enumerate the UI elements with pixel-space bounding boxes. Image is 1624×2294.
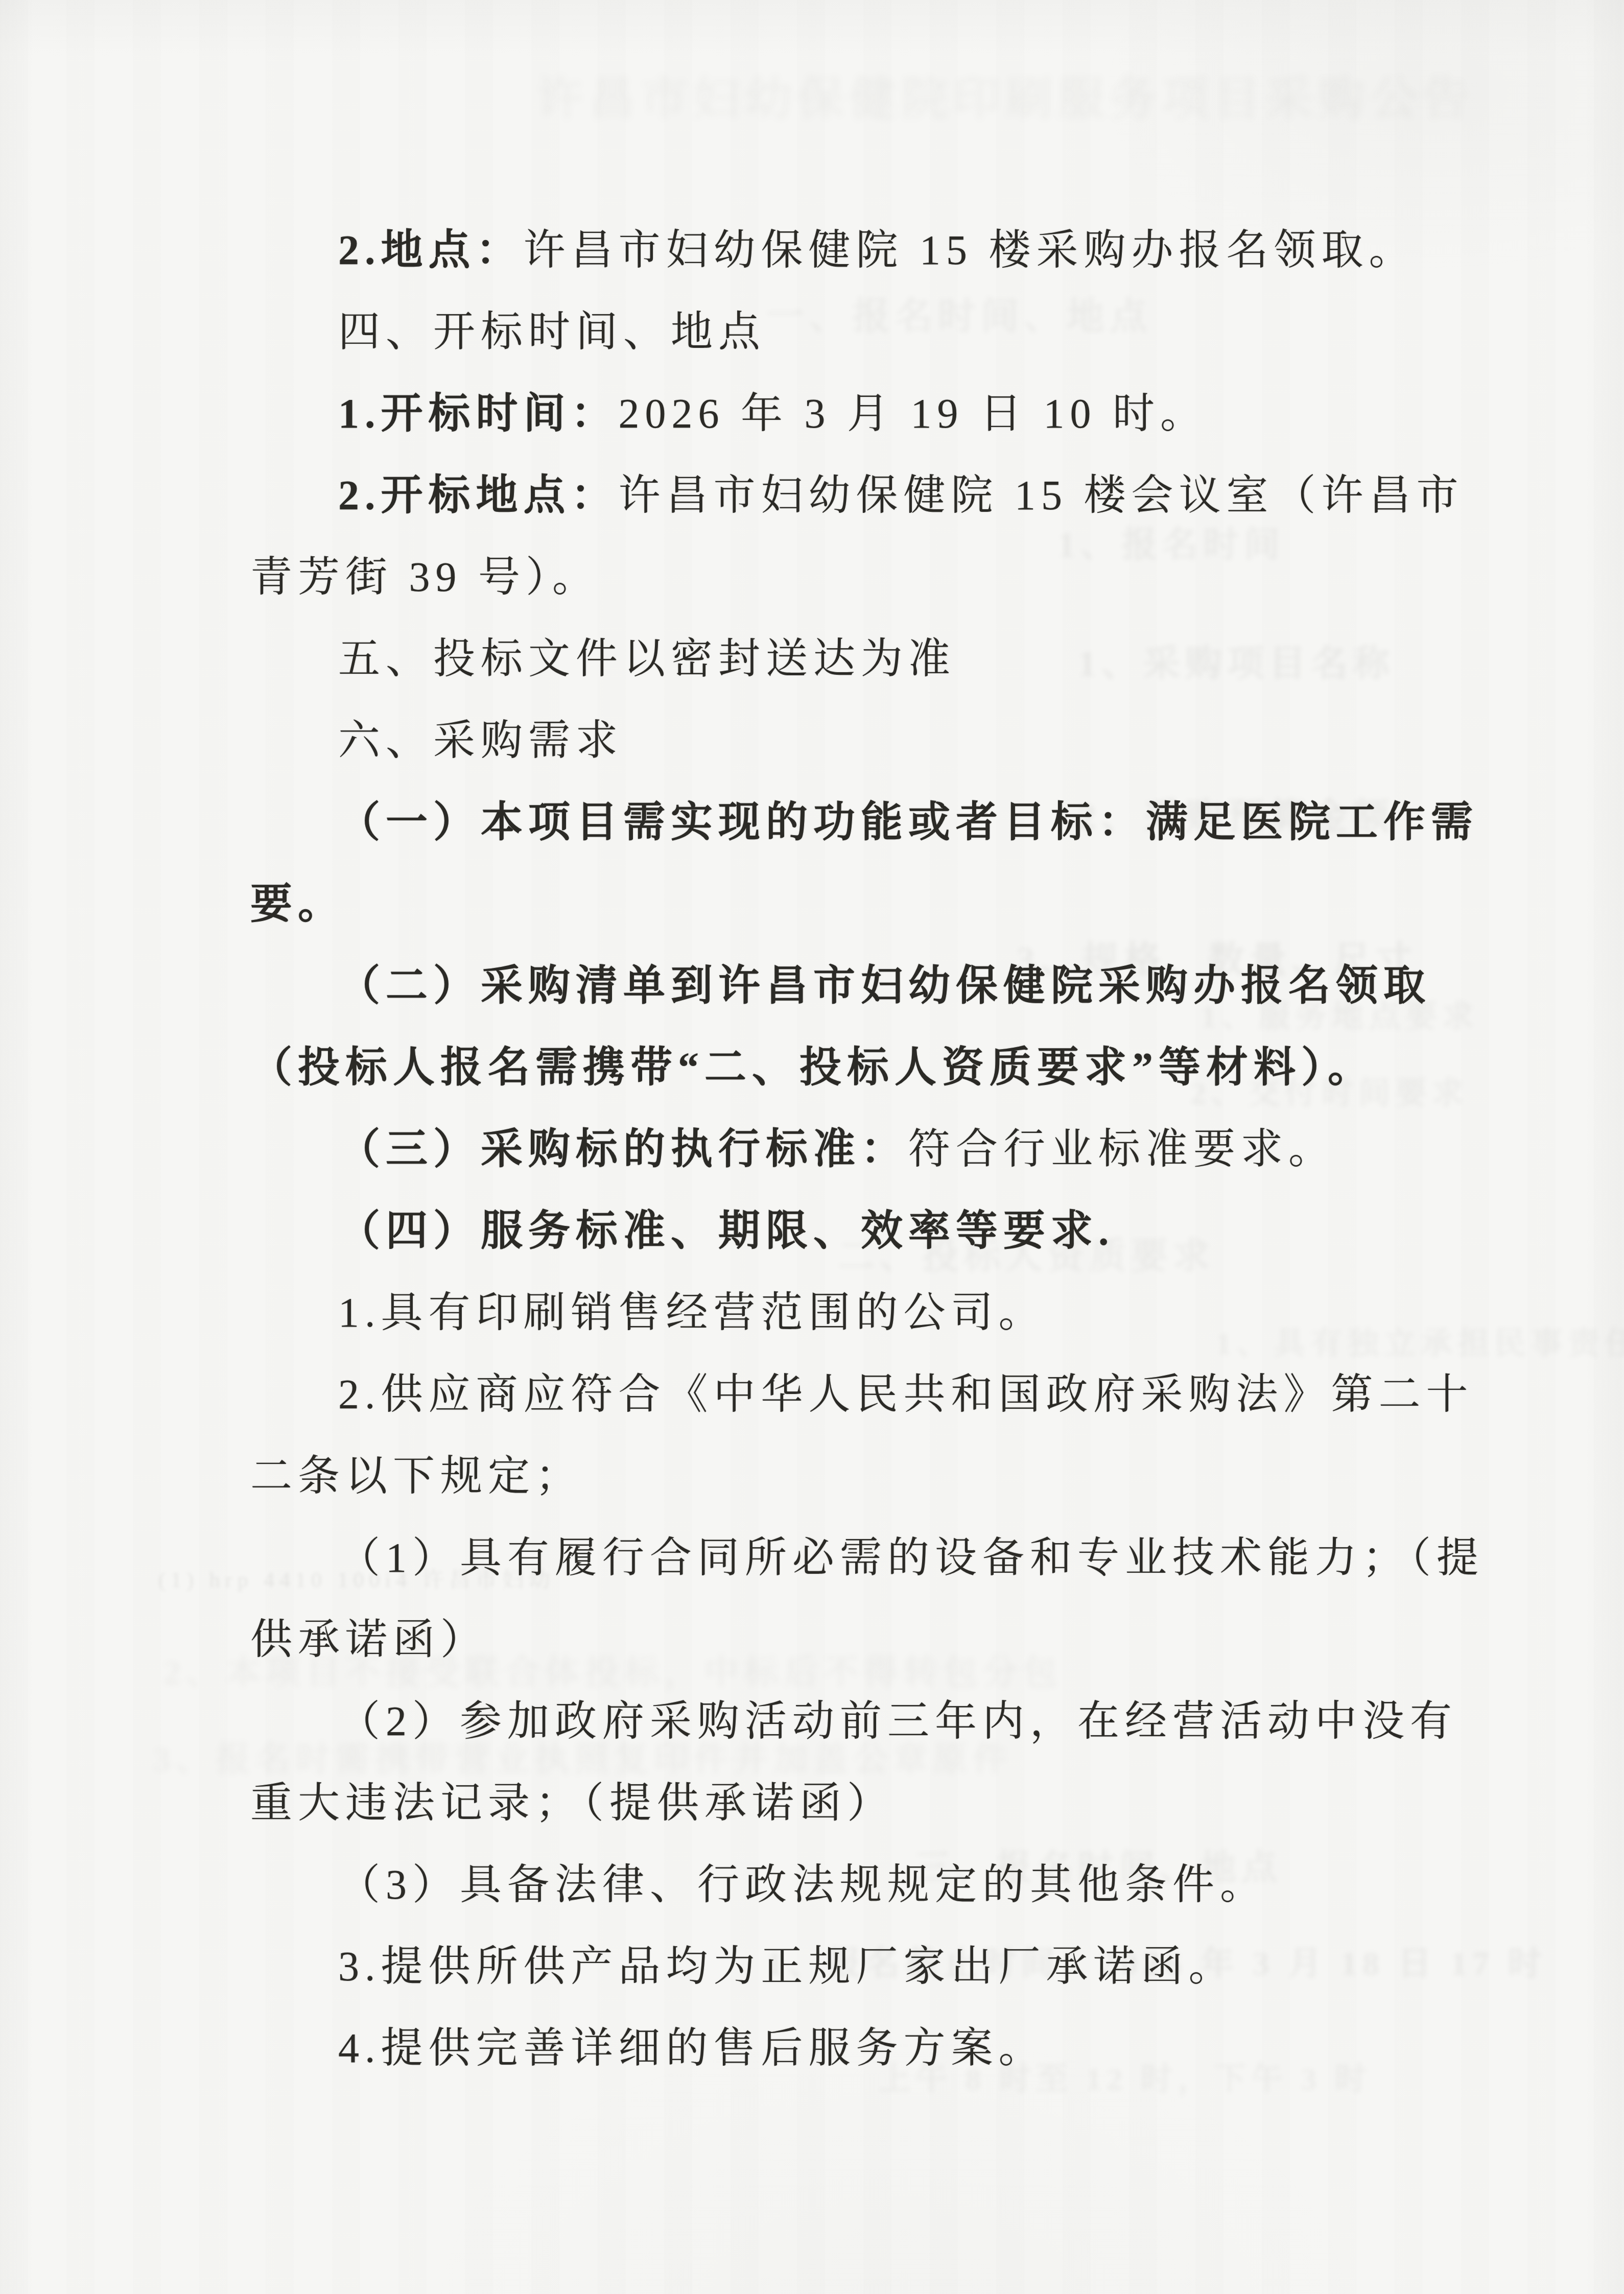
bleed-through-line: 许昌市妇幼保健院印刷服务项目采购公告 (536, 61, 1474, 129)
text-segment: 1.具有印刷销售经营范围的公司。 (338, 1289, 1046, 1336)
doc-line-location: 2.地点：许昌市妇幼保健院 15 楼采购办报名领取。 (250, 209, 1466, 291)
doc-line-bid-opening-time: 1.开标时间：2026 年 3 月 19 日 10 时。 (250, 373, 1466, 455)
doc-line-bid-opening-place: 2.开标地点：许昌市妇幼保健院 15 楼会议室（许昌市 (250, 455, 1466, 536)
doc-line-purchase-list: （二）采购清单到许昌市妇幼保健院采购办报名领取 (250, 945, 1466, 1027)
text-segment: 重大违法记录；（提供承诺函） (250, 1780, 895, 1826)
text-segment: 供承诺函） (250, 1616, 488, 1663)
doc-line-purchase-list-note: （投标人报名需携带“二、投标人资质要求”等材料）。 (250, 1027, 1466, 1108)
doc-line-sub-1: （1）具有履行合同所必需的设备和专业技术能力；（提 (250, 1517, 1466, 1599)
doc-line-service-requirement: （四）服务标准、期限、效率等要求. (250, 1190, 1466, 1272)
text-segment: 四、开标时间、地点 (338, 309, 766, 355)
text-segment: （一）本项目需实现的功能或者目标：满足医院工作需 (338, 799, 1478, 845)
text-segment: 许昌市妇幼保健院 15 楼采购办报名领取。 (524, 227, 1417, 273)
doc-heading-section-6: 六、采购需求 (250, 700, 1466, 782)
doc-line-item-2: 2.供应商应符合《中华人民共和国政府采购法》第二十 (250, 1354, 1466, 1435)
text-segment: （二）采购清单到许昌市妇幼保健院采购办报名领取 (338, 962, 1431, 1009)
doc-line-item-3: 3.提供所供产品均为正规厂家出厂承诺函。 (250, 1926, 1466, 2007)
doc-line-sub-2-continuation: 重大违法记录；（提供承诺函） (250, 1762, 1466, 1844)
text-segment: （3）具备法律、行政法规规定的其他条件。 (338, 1861, 1267, 1908)
doc-line-item-1: 1.具有印刷销售经营范围的公司。 (250, 1272, 1466, 1354)
doc-heading-section-5: 五、投标文件以密封送达为准 (250, 618, 1466, 700)
document-text-block: 2.地点：许昌市妇幼保健院 15 楼采购办报名领取。 四、开标时间、地点 1.开… (250, 209, 1466, 2089)
text-segment: 2.地点： (338, 227, 524, 273)
doc-line-item-4: 4.提供完善详细的售后服务方案。 (250, 2007, 1466, 2089)
scanned-document-page: 许昌市妇幼保健院印刷服务项目采购公告 一、报名时间、地点 1、报名时间 1、采购… (0, 0, 1624, 2294)
text-segment: （三）采购标的执行标准： (338, 1126, 908, 1172)
text-segment: 符合行业标准要求。 (908, 1126, 1336, 1172)
doc-line-standard: （三）采购标的执行标准：符合行业标准要求。 (250, 1108, 1466, 1190)
text-segment: 2.开标地点： (338, 472, 619, 518)
text-segment: 六、采购需求 (338, 717, 623, 764)
text-segment: 许昌市妇幼保健院 15 楼会议室（许昌市 (619, 472, 1464, 518)
text-segment: 2026 年 3 月 19 日 10 时。 (619, 390, 1208, 437)
text-segment: 4.提供完善详细的售后服务方案。 (338, 2025, 1046, 2071)
text-segment: （投标人报名需携带“二、投标人资质要求”等材料）。 (250, 1044, 1375, 1091)
doc-line-sub-1-continuation: 供承诺函） (250, 1599, 1466, 1681)
doc-line-sub-2: （2）参加政府采购活动前三年内，在经营活动中没有 (250, 1681, 1466, 1762)
text-segment: 青芳街 39 号）。 (250, 554, 600, 600)
text-segment: （1）具有履行合同所必需的设备和专业技术能力；（提 (338, 1534, 1484, 1581)
text-segment: 二条以下规定； (250, 1453, 583, 1499)
doc-line-sub-3: （3）具备法律、行政法规规定的其他条件。 (250, 1844, 1466, 1926)
text-segment: （四）服务标准、期限、效率等要求. (338, 1208, 1115, 1254)
doc-line-goal-continuation: 要。 (250, 863, 1466, 945)
text-segment: （2）参加政府采购活动前三年内，在经营活动中没有 (338, 1698, 1457, 1744)
text-segment: 五、投标文件以密封送达为准 (338, 635, 956, 682)
doc-heading-section-4: 四、开标时间、地点 (250, 291, 1466, 373)
text-segment: 1.开标时间： (338, 390, 619, 437)
doc-line-goal: （一）本项目需实现的功能或者目标：满足医院工作需 (250, 782, 1466, 863)
text-segment: 3.提供所供产品均为正规厂家出厂承诺函。 (338, 1943, 1236, 1990)
text-segment: 2.供应商应符合《中华人民共和国政府采购法》第二十 (338, 1371, 1474, 1417)
doc-line-address-continuation: 青芳街 39 号）。 (250, 536, 1466, 618)
text-segment: 要。 (250, 881, 345, 927)
doc-line-item-2-continuation: 二条以下规定； (250, 1435, 1466, 1517)
